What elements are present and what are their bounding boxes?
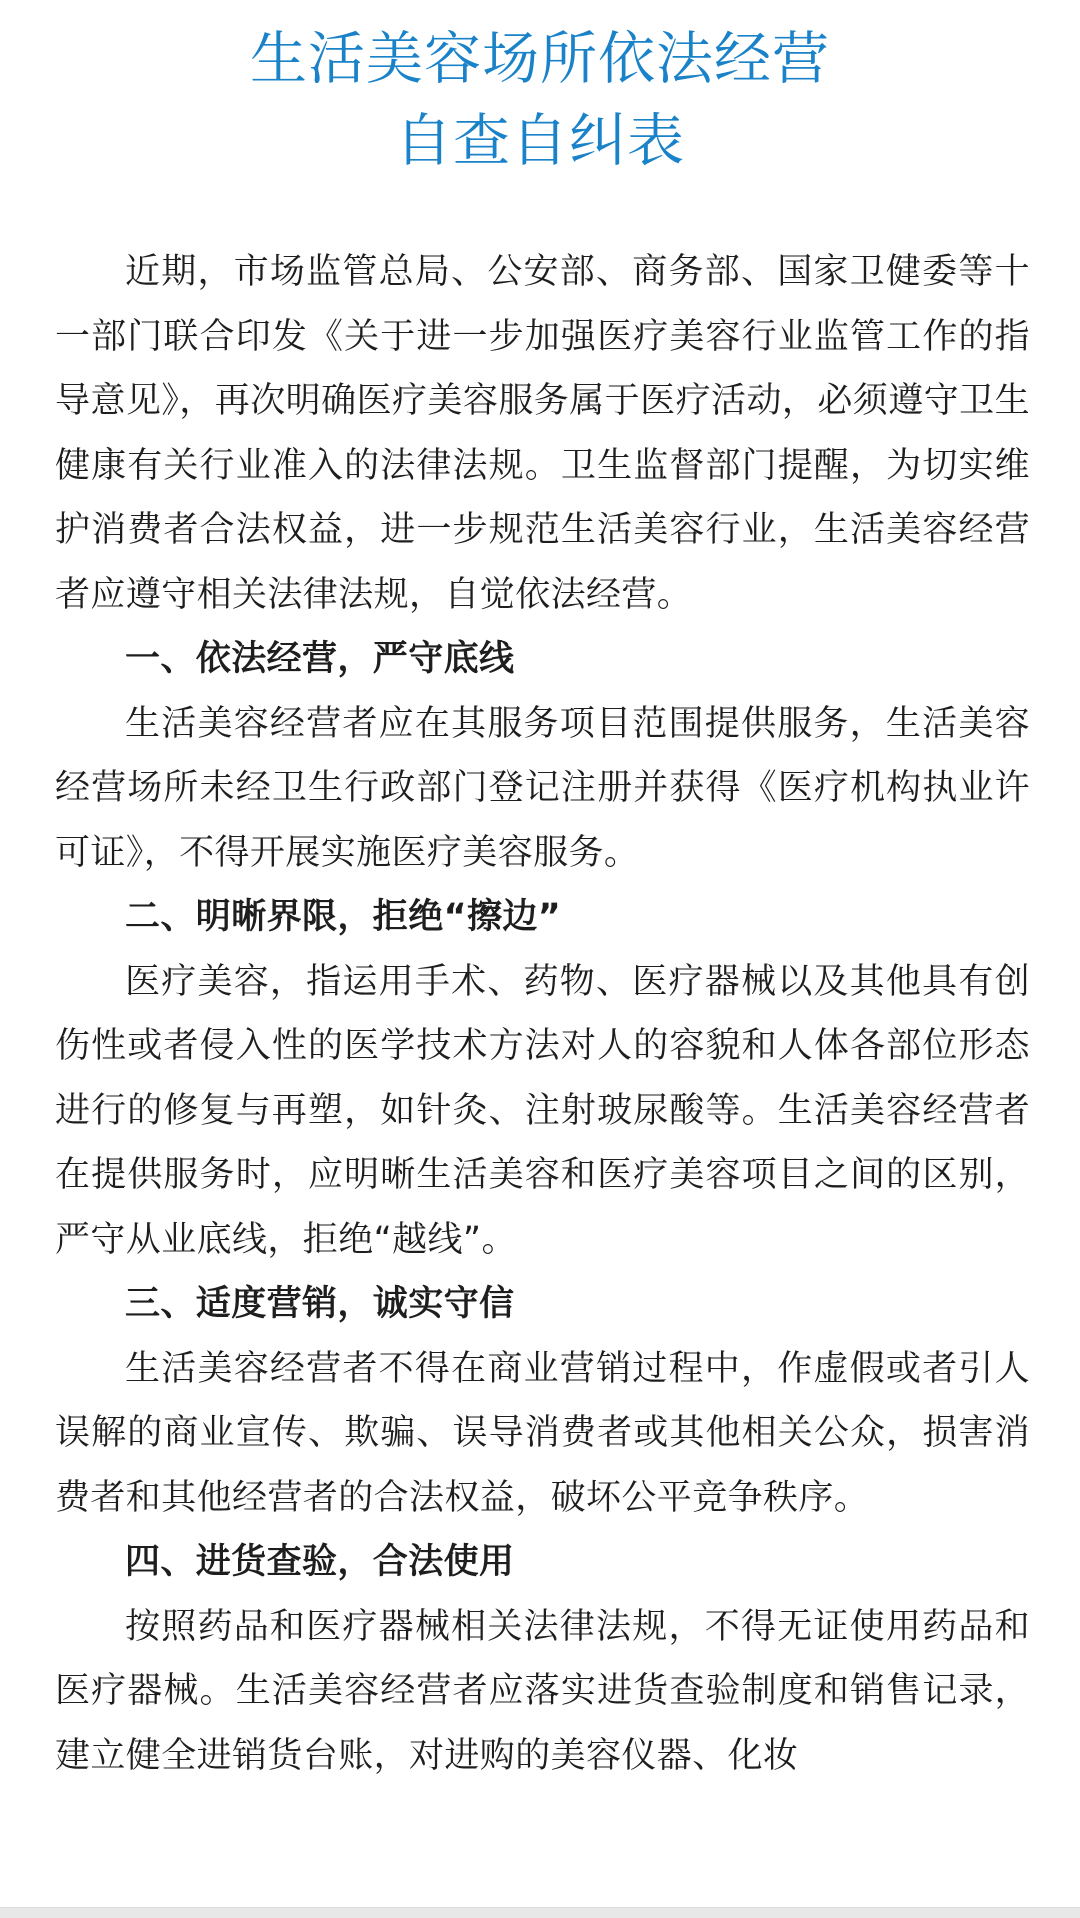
title-line-2: 自查自纠表 xyxy=(0,100,1080,182)
section-heading-2: 二、明晰界限，拒绝“擦边” xyxy=(55,885,1030,950)
page-title: 生活美容场所依法经营 自查自纠表 xyxy=(0,18,1080,182)
section-body-4: 按照药品和医疗器械相关法律法规，不得无证使用药品和医疗器械。生活美容经营者应落实… xyxy=(55,1595,1030,1789)
section-heading-1: 一、依法经营，严守底线 xyxy=(55,627,1030,692)
section-body-3: 生活美容经营者不得在商业营销过程中，作虚假或者引人误解的商业宣传、欺骗、误导消费… xyxy=(55,1337,1030,1531)
section-body-2: 医疗美容，指运用手术、药物、医疗器械以及其他具有创伤性或者侵入性的医学技术方法对… xyxy=(55,950,1030,1273)
intro-paragraph: 近期，市场监管总局、公安部、商务部、国家卫健委等十一部门联合印发《关于进一步加强… xyxy=(55,240,1030,627)
section-heading-4: 四、进货查验，合法使用 xyxy=(55,1530,1030,1595)
bottom-scroll-edge xyxy=(0,1907,1080,1918)
section-body-1: 生活美容经营者应在其服务项目范围提供服务，生活美容经营场所未经卫生行政部门登记注… xyxy=(55,692,1030,886)
title-line-1: 生活美容场所依法经营 xyxy=(0,18,1080,100)
article-body: 近期，市场监管总局、公安部、商务部、国家卫健委等十一部门联合印发《关于进一步加强… xyxy=(55,240,1030,1788)
section-heading-3: 三、适度营销，诚实守信 xyxy=(55,1272,1030,1337)
